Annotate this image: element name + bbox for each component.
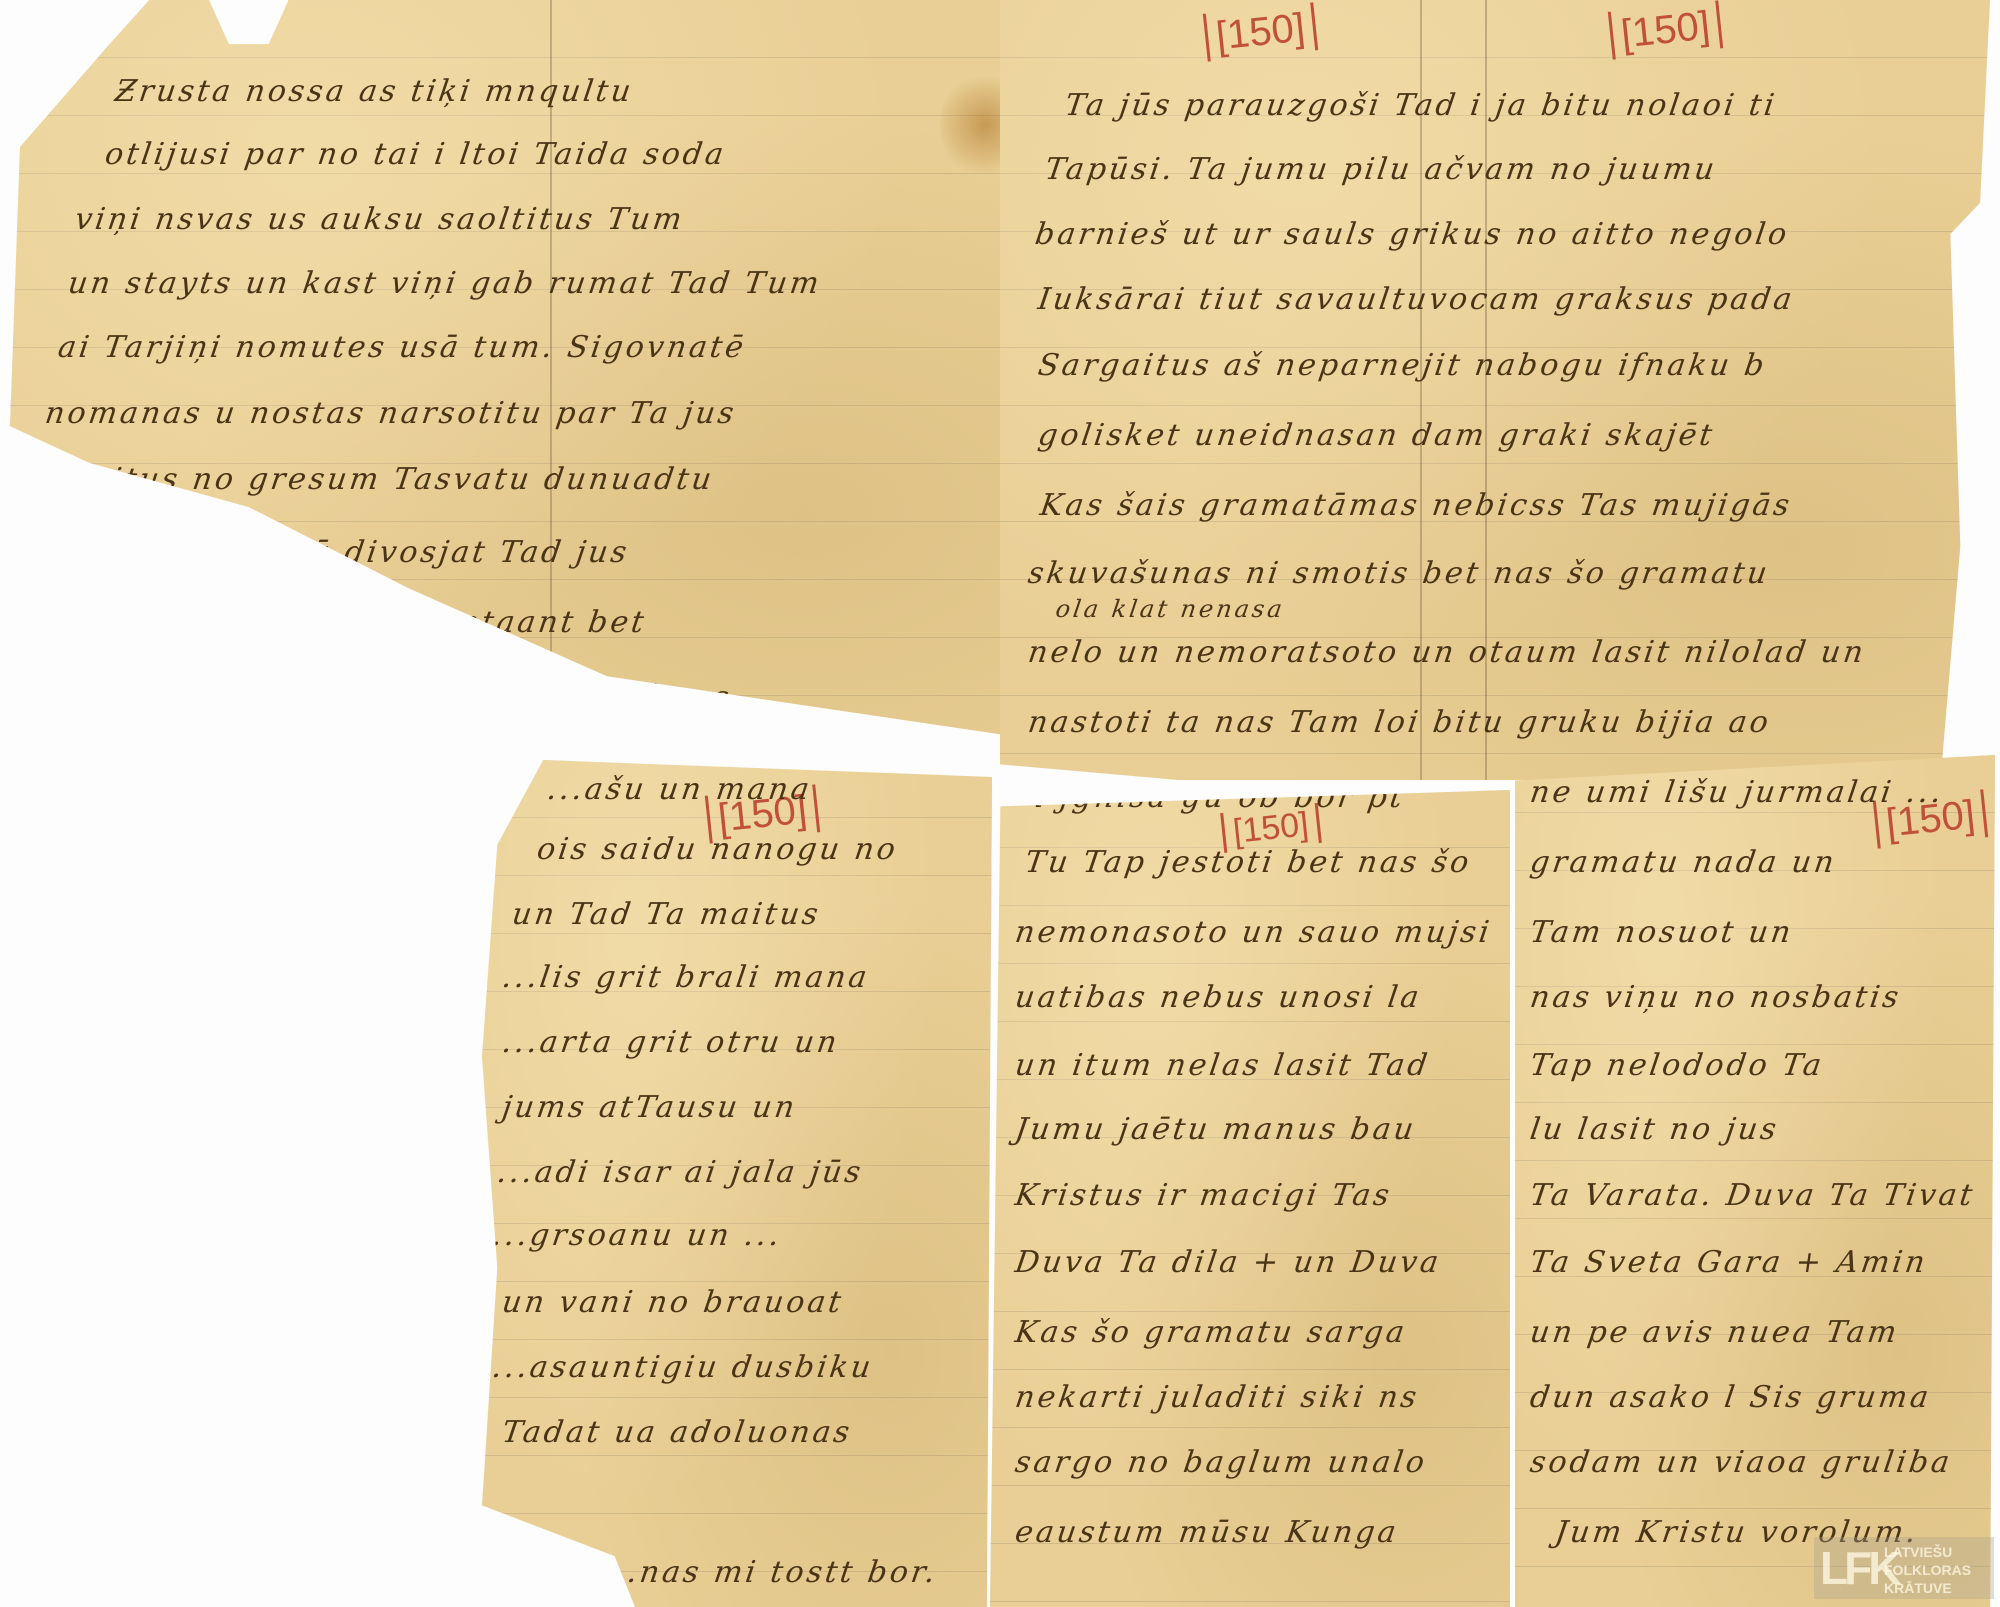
manuscript-line: un Duvo bijušanā divosjat Tad jus bbox=[7, 535, 1008, 575]
manuscript-line: nastoti ta nas Tam loi bitu gruku bijia … bbox=[997, 705, 1993, 745]
fragment-bottom-middle: [150] i jgniša gu ob bor pt Tu Tap jesto… bbox=[990, 790, 1510, 1607]
manuscript-line: Kristus ir macigi Tas bbox=[987, 1178, 1513, 1218]
manuscript-line: Jumu jaētu manus bau bbox=[987, 1112, 1513, 1152]
manuscript-line: ...ašu un mana bbox=[479, 772, 995, 812]
manuscript-line: i jgniša gu ob bor pt bbox=[987, 780, 1513, 820]
manuscript-line: otlijusi par no tai i ltoi Taida soda bbox=[7, 137, 1008, 177]
manuscript-line: Sargaitus aš neparnejit nabogu ifnaku b bbox=[997, 348, 1993, 388]
manuscript-line: ai Tarjiņi nomutes usā tum. Sigovnatē bbox=[7, 330, 1008, 370]
manuscript-line: Kas šo gramatu sarga bbox=[987, 1315, 1513, 1355]
manuscript-line: un stayts un kast viņi gab rumat Tad Tum bbox=[7, 266, 1008, 306]
manuscript-line: Tadat ua adoluonas bbox=[479, 1415, 995, 1455]
manuscript-line: jums atTausu un bbox=[479, 1090, 995, 1130]
manuscript-line: Ta Varata. Duva Ta Tivat bbox=[1512, 1178, 1998, 1218]
manuscript-line: Iuksārai tiut savaultuvocam graksus pada bbox=[997, 282, 1993, 322]
manuscript-line: eaustum mūsu Kunga bbox=[987, 1515, 1513, 1555]
archive-watermark: LFK LATVIEŠU FOLKLORAS KRĀTUVE bbox=[1814, 1537, 1994, 1599]
manuscript-line: ragoitus no gresum Tasvatu dunuadtu bbox=[7, 462, 1008, 502]
manuscript-line: ...lis grit brali mana bbox=[479, 960, 995, 1000]
manuscript-line: skuvašunas ni smotis bet nas šo gramatu bbox=[997, 556, 1993, 596]
manuscript-line: nomanas u nostas narsotitu par Ta jus bbox=[7, 396, 1008, 436]
fragment-bottom-right: [150] ne umi lišu jurmalai ... gramatu n… bbox=[1515, 755, 1995, 1607]
manuscript-line: Kas šais gramatāmas nebicss Tas mujigās bbox=[997, 488, 1993, 528]
manuscript-line: ...jiant Tad jus nati šu as bbox=[7, 680, 1008, 720]
fragment-top-left: Ƶrusta nossa as tiķi mnqultu otlijusi pa… bbox=[10, 0, 1005, 735]
manuscript-line: ...nas mi tostt bor. bbox=[479, 1555, 995, 1595]
manuscript-line: nekarti juladiti siki ns bbox=[987, 1380, 1513, 1420]
manuscript-line: ...arta grit otru un bbox=[479, 1025, 995, 1065]
manuscript-line: un vani no brauoat bbox=[479, 1285, 995, 1325]
manuscript-line: viņi nsvas us auksu saoltitus Tum bbox=[7, 202, 1008, 242]
manuscript-line: Tap nelododo Ta bbox=[1512, 1048, 1998, 1088]
manuscript-line: dun asako l Sis gruma bbox=[1512, 1380, 1998, 1420]
manuscript-line: gramatu nada un bbox=[1512, 845, 1998, 885]
manuscript-line: ne umi lišu jurmalai ... bbox=[1512, 775, 1998, 815]
manuscript-line: ...adi isar ai jala jūs bbox=[479, 1155, 995, 1195]
catalog-stamp: [150] bbox=[1203, 2, 1318, 61]
manuscript-line: lu lasit no jus bbox=[1512, 1112, 1998, 1152]
manuscript-line: Ƶrusta nossa as tiķi mnqultu bbox=[7, 74, 1008, 114]
manuscript-line: ...asauntigiu dusbiku bbox=[479, 1350, 995, 1390]
manuscript-line: To nlobosu ne tatilu unantaant bet bbox=[7, 605, 1008, 645]
manuscript-line: nelo un nemoratsoto un otaum lasit nilol… bbox=[997, 635, 1993, 675]
manuscript-line: nas viņu no nosbatis bbox=[1512, 980, 1998, 1020]
manuscript-line: golisket uneidnasan dam graki skajēt bbox=[997, 418, 1993, 458]
manuscript-line: Tapūsi. Ta jumu pilu ačvam no juumu bbox=[997, 152, 1993, 192]
manuscript-line: Ta jūs parauzgoši Tad i ja bitu nolaoi t… bbox=[997, 88, 1993, 128]
manuscript-line: un itum nelas lasit Tad bbox=[987, 1048, 1513, 1088]
fragment-bottom-left: [150] ...ašu un mana ois saidu nanogu no… bbox=[482, 760, 992, 1607]
manuscript-line-insertion: ola klat nenasa bbox=[997, 595, 1993, 635]
manuscript-line: uatibas nebus unosi la bbox=[987, 980, 1513, 1020]
manuscript-line: Tam nosuot un bbox=[1512, 915, 1998, 955]
manuscript-line: barnieš ut ur sauls grikus no aitto nego… bbox=[997, 217, 1993, 257]
manuscript-line: un pe avis nuea Tam bbox=[1512, 1315, 1998, 1355]
watermark-text: LATVIEŠU FOLKLORAS KRĀTUVE bbox=[1884, 1543, 1971, 1597]
manuscript-line: nemonasoto un sauo mujsi bbox=[987, 915, 1513, 955]
manuscript-line: sodam un viaoa gruliba bbox=[1512, 1445, 1998, 1485]
manuscript-line: Ta Sveta Gara + Amin bbox=[1512, 1245, 1998, 1285]
manuscript-line: un Tad Ta maitus bbox=[479, 897, 995, 937]
manuscript-line: sargo no baglum unalo bbox=[987, 1445, 1513, 1485]
fragment-top-right: [150] [150] Ta jūs parauzgoši Tad i ja b… bbox=[1000, 0, 1990, 780]
manuscript-line: Tu Tap jestoti bet nas šo bbox=[987, 845, 1513, 885]
catalog-stamp: [150] bbox=[1608, 0, 1723, 59]
manuscript-line: Duva Ta dila + un Duva bbox=[987, 1245, 1513, 1285]
manuscript-line: ...grsoanu un ... bbox=[479, 1218, 995, 1258]
manuscript-line: ois saidu nanogu no bbox=[479, 832, 995, 872]
